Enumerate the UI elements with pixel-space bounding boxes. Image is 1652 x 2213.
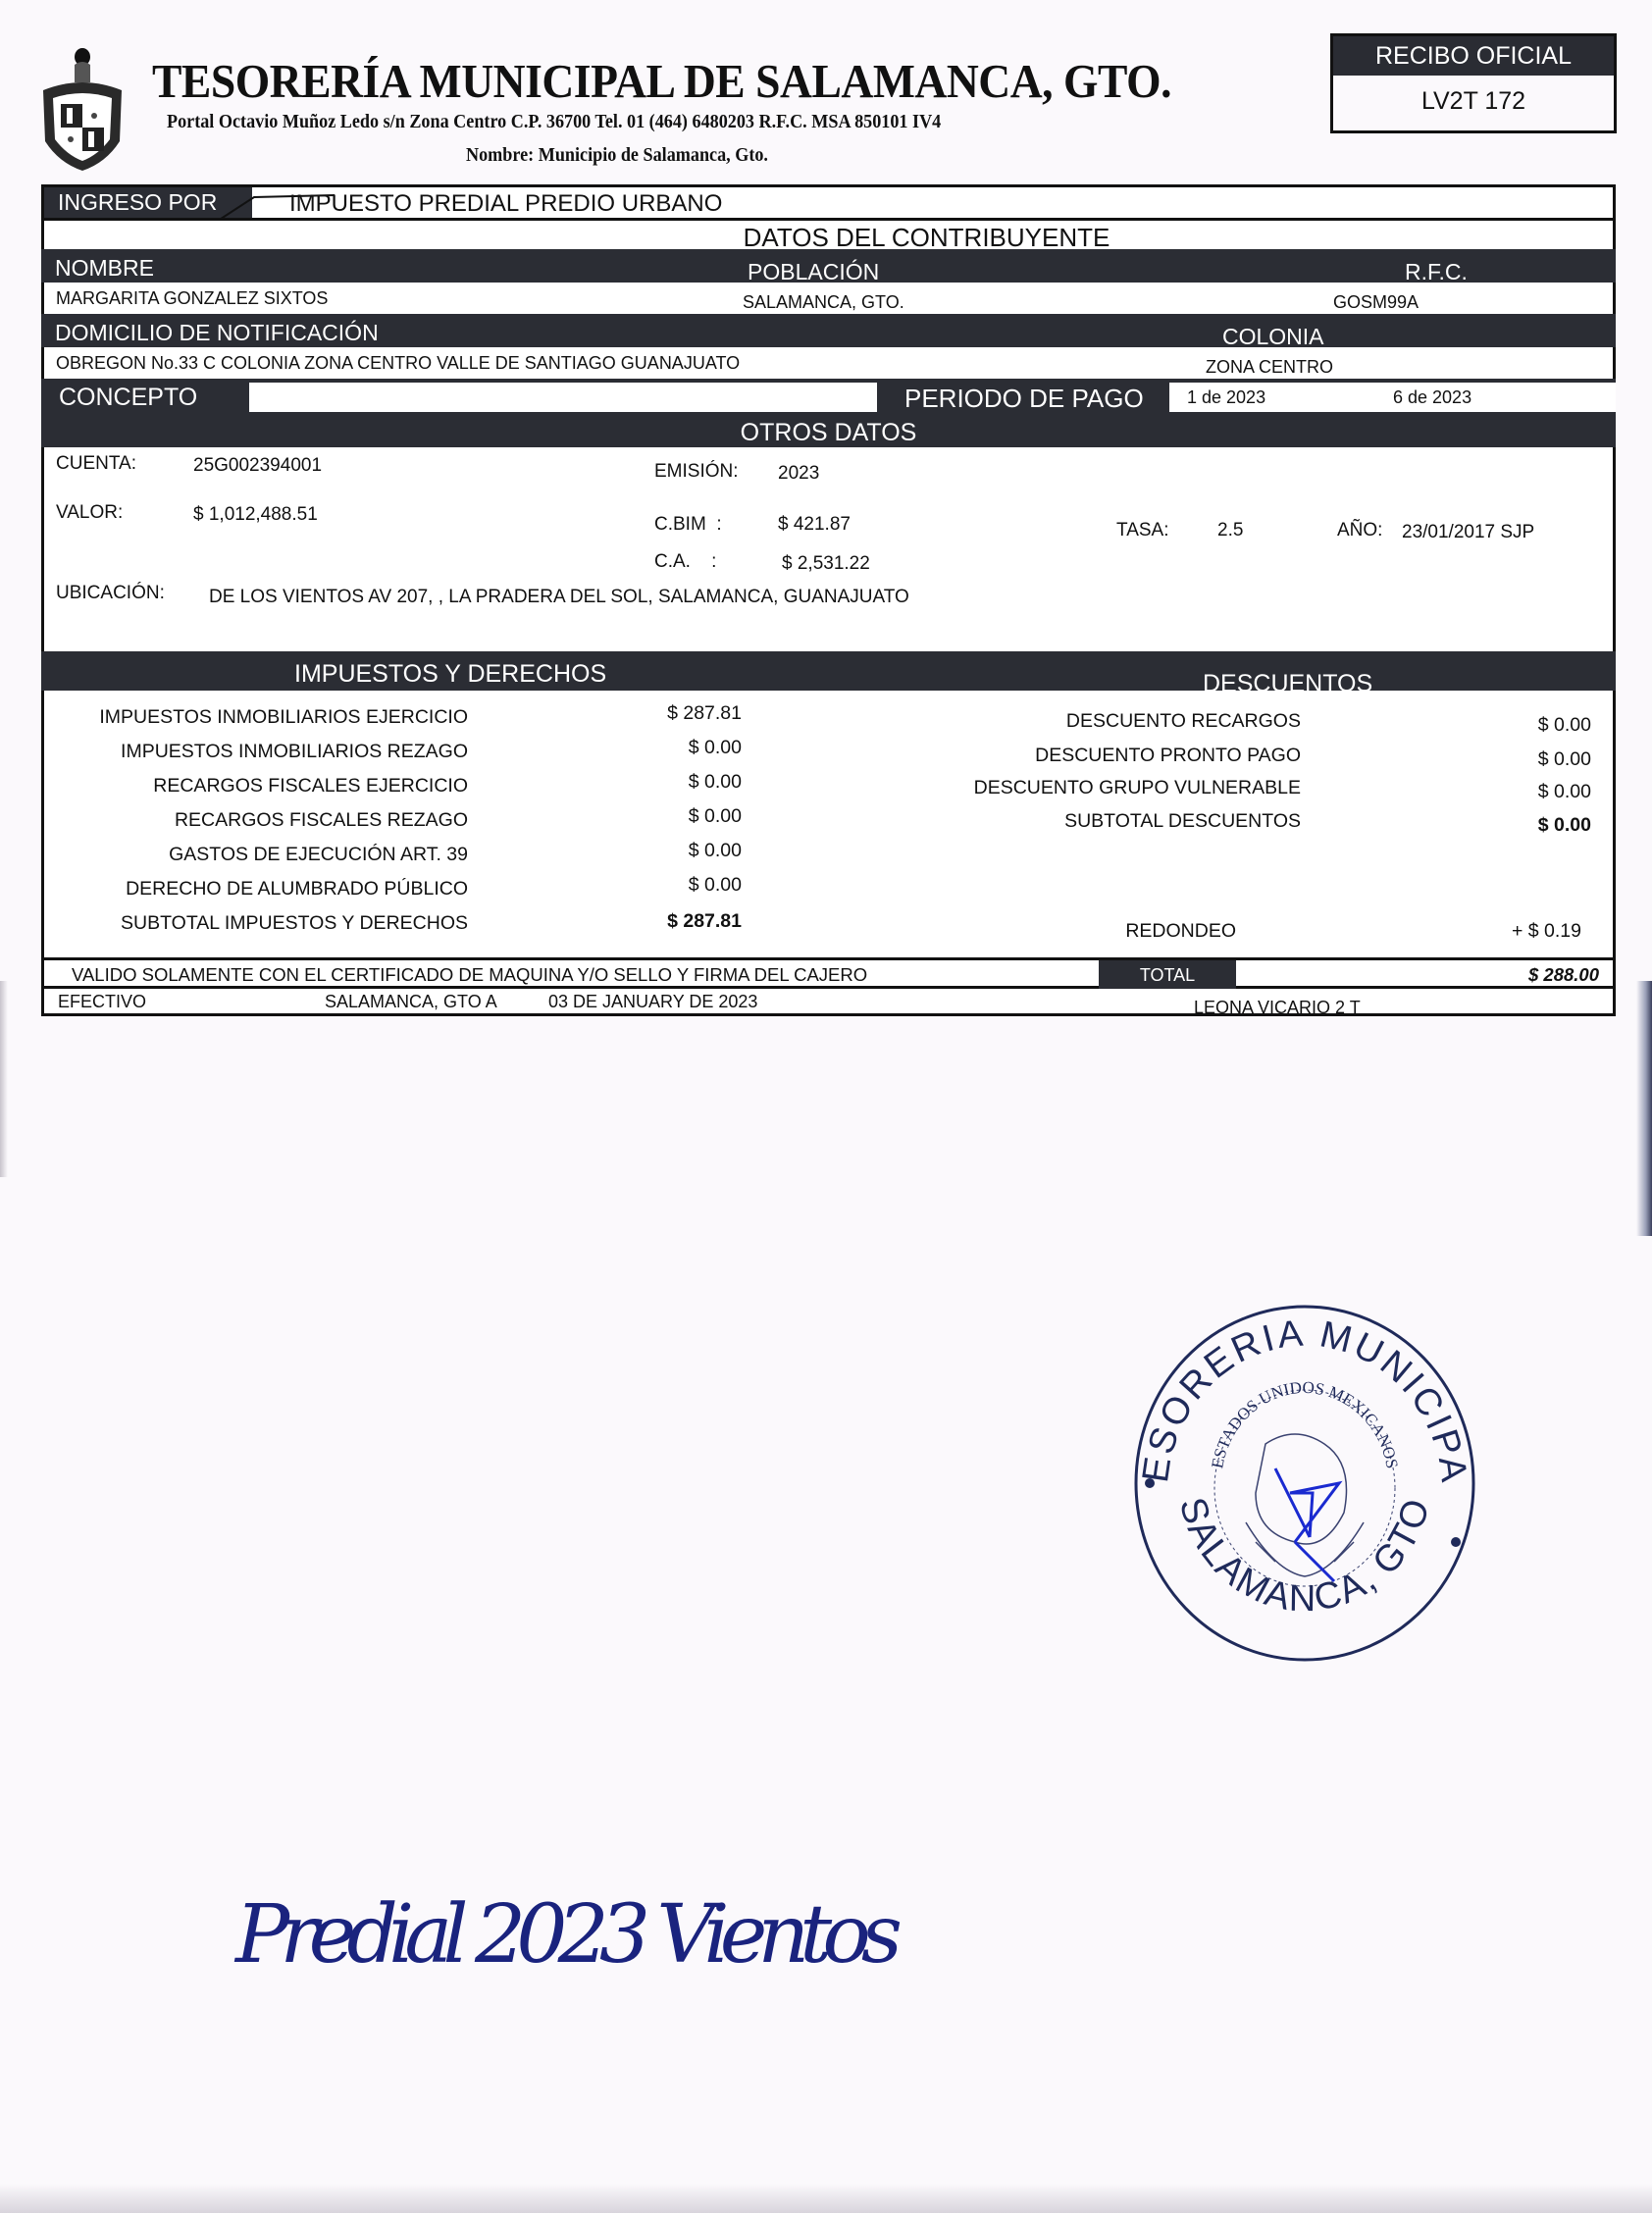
page-edge	[1636, 981, 1652, 1236]
emision-label: EMISIÓN:	[654, 461, 739, 483]
tasa-value: 2.5	[1217, 520, 1243, 541]
periodo-values: 1 de 2023 6 de 2023	[1169, 383, 1616, 412]
descuento-label: DESCUENTO GRUPO VULNERABLE	[974, 777, 1301, 799]
domicilio-value: OBREGON No.33 C COLONIA ZONA CENTRO VALL…	[56, 347, 740, 379]
section-title-contribuyente: DATOS DEL CONTRIBUYENTE	[41, 218, 1616, 249]
ubicacion-label: UBICACIÓN:	[56, 583, 165, 604]
periodo-hasta: 6 de 2023	[1393, 383, 1471, 412]
header-bar-domicilio: DOMICILIO DE NOTIFICACIÓN COLONIA	[41, 314, 1616, 347]
section-title-otros-datos: OTROS DATOS	[41, 414, 1616, 447]
impuesto-label: IMPUESTOS INMOBILIARIOS REZAGO	[121, 741, 468, 763]
header-bar-nombre: NOMBRE POBLACIÓN R.F.C.	[41, 249, 1616, 283]
impuesto-label: IMPUESTOS INMOBILIARIOS EJERCICIO	[99, 706, 468, 729]
issuer-name: Nombre: Municipio de Salamanca, Gto.	[466, 145, 768, 167]
ingreso-value: IMPUESTO PREDIAL PREDIO URBANO	[289, 187, 722, 221]
domicilio-label: DOMICILIO DE NOTIFICACIÓN	[55, 314, 379, 351]
impuesto-value: $ 0.00	[689, 874, 742, 897]
impuesto-value: $ 0.00	[689, 771, 742, 794]
anio-value: 23/01/2017 SJP	[1402, 522, 1534, 543]
receipt-form: INGRESO POR IMPUESTO PREDIAL PREDIO URBA…	[41, 184, 1616, 1016]
impuesto-label: RECARGOS FISCALES REZAGO	[175, 809, 468, 832]
header-bar-impuestos-descuentos: IMPUESTOS Y DERECHOS DESCUENTOS	[41, 651, 1616, 691]
ingreso-row: INGRESO POR IMPUESTO PREDIAL PREDIO URBA…	[41, 184, 1616, 218]
official-seal-icon: TESORERIA MUNICIPAL SALAMANCA, GTO ESTAD…	[1128, 1297, 1481, 1670]
impuesto-label: GASTOS DE EJECUCIÓN ART. 39	[169, 844, 468, 866]
impuesto-label: DERECHO DE ALUMBRADO PÚBLICO	[126, 878, 468, 901]
cbim-value: $ 421.87	[778, 514, 851, 536]
impuesto-value: $ 0.00	[689, 737, 742, 759]
valor-label: VALOR:	[56, 502, 123, 524]
descuentos-subtotal-label: SUBTOTAL DESCUENTOS	[1064, 810, 1301, 833]
cbim-label: C.BIM :	[654, 514, 722, 536]
validez-note: VALIDO SOLAMENTE CON EL CERTIFICADO DE M…	[72, 960, 867, 990]
impuesto-value: $ 0.00	[689, 840, 742, 862]
redondeo-value: + $ 0.19	[1512, 920, 1581, 943]
cuenta-value: 25G002394001	[193, 455, 322, 477]
issuer-address: Portal Octavio Muñoz Ledo s/n Zona Centr…	[167, 112, 941, 133]
coat-of-arms-icon	[37, 47, 128, 175]
descuento-value: $ 0.00	[1538, 714, 1591, 737]
handwritten-note: Predial 2023 Vientos	[226, 1834, 932, 1991]
periodo-label: PERIODO DE PAGO	[904, 379, 1144, 418]
impuestos-subtotal-label: SUBTOTAL IMPUESTOS Y DERECHOS	[121, 912, 468, 935]
issuer-title: TESORERÍA MUNICIPAL DE SALAMANCA, GTO.	[152, 53, 1171, 109]
contribuyente-values-row: MARGARITA GONZALEZ SIXTOS SALAMANCA, GTO…	[41, 283, 1616, 314]
svg-text:SALAMANCA, GTO: SALAMANCA, GTO	[1171, 1493, 1439, 1621]
impuesto-value: $ 287.81	[667, 702, 742, 725]
receipt-label: RECIBO OFICIAL	[1333, 36, 1614, 76]
descuento-label: DESCUENTO RECARGOS	[1066, 710, 1301, 733]
payment-date: 03 DE JANUARY DE 2023	[548, 989, 757, 1014]
nombre-value: MARGARITA GONZALEZ SIXTOS	[56, 283, 328, 314]
valor-value: $ 1,012,488.51	[193, 504, 318, 526]
payment-place: SALAMANCA, GTO A	[325, 989, 497, 1014]
descuento-value: $ 0.00	[1538, 748, 1591, 771]
ca-value: $ 2,531.22	[782, 553, 870, 575]
payment-info-row: EFECTIVO SALAMANCA, GTO A 03 DE JANUARY …	[41, 989, 1616, 1016]
receipt-number-box: RECIBO OFICIAL LV2T 172	[1330, 33, 1617, 133]
impuesto-value: $ 0.00	[689, 805, 742, 828]
descuento-label: DESCUENTO PRONTO PAGO	[1035, 745, 1301, 767]
ca-label: C.A. :	[654, 551, 716, 573]
page-edge	[0, 2184, 1652, 2213]
receipt-number: LV2T 172	[1333, 76, 1614, 127]
emision-value: 2023	[778, 463, 819, 485]
cuenta-label: CUENTA:	[56, 453, 136, 475]
concepto-row: CONCEPTO PERIODO DE PAGO 1 de 2023 6 de …	[41, 379, 1616, 414]
redondeo-label: REDONDEO	[1125, 920, 1236, 943]
validez-total-row: VALIDO SOLAMENTE CON EL CERTIFICADO DE M…	[41, 957, 1616, 989]
descuentos-subtotal-value: $ 0.00	[1538, 814, 1591, 837]
svg-text:Predial 2023 Vientos: Predial 2023 Vientos	[233, 1888, 903, 1981]
total-value: $ 288.00	[1528, 960, 1599, 990]
impuestos-descuentos-body: IMPUESTOS INMOBILIARIOS EJERCICIO$ 287.8…	[41, 691, 1616, 957]
nombre-label: NOMBRE	[55, 249, 154, 286]
impuestos-subtotal-value: $ 287.81	[667, 910, 742, 933]
total-label: TOTAL	[1099, 960, 1236, 989]
concepto-value	[249, 383, 877, 412]
tasa-label: TASA:	[1116, 520, 1169, 541]
periodo-desde: 1 de 2023	[1187, 383, 1265, 412]
impuesto-label: RECARGOS FISCALES EJERCICIO	[153, 775, 468, 798]
page-edge	[0, 981, 8, 1177]
otros-datos-body: CUENTA: 25G002394001 EMISIÓN: 2023 VALOR…	[41, 447, 1616, 651]
payment-method: EFECTIVO	[58, 989, 146, 1014]
svg-text:ESTADOS UNIDOS MEXICANOS: ESTADOS UNIDOS MEXICANOS	[1208, 1378, 1402, 1470]
concepto-label: CONCEPTO	[59, 379, 197, 416]
ubicacion-value: DE LOS VIENTOS AV 207, , LA PRADERA DEL …	[209, 587, 909, 608]
descuento-value: $ 0.00	[1538, 781, 1591, 803]
domicilio-values-row: OBREGON No.33 C COLONIA ZONA CENTRO VALL…	[41, 347, 1616, 379]
anio-label: AÑO:	[1337, 520, 1382, 541]
cashier-location: LEONA VICARIO 2 T	[1194, 995, 1361, 1020]
